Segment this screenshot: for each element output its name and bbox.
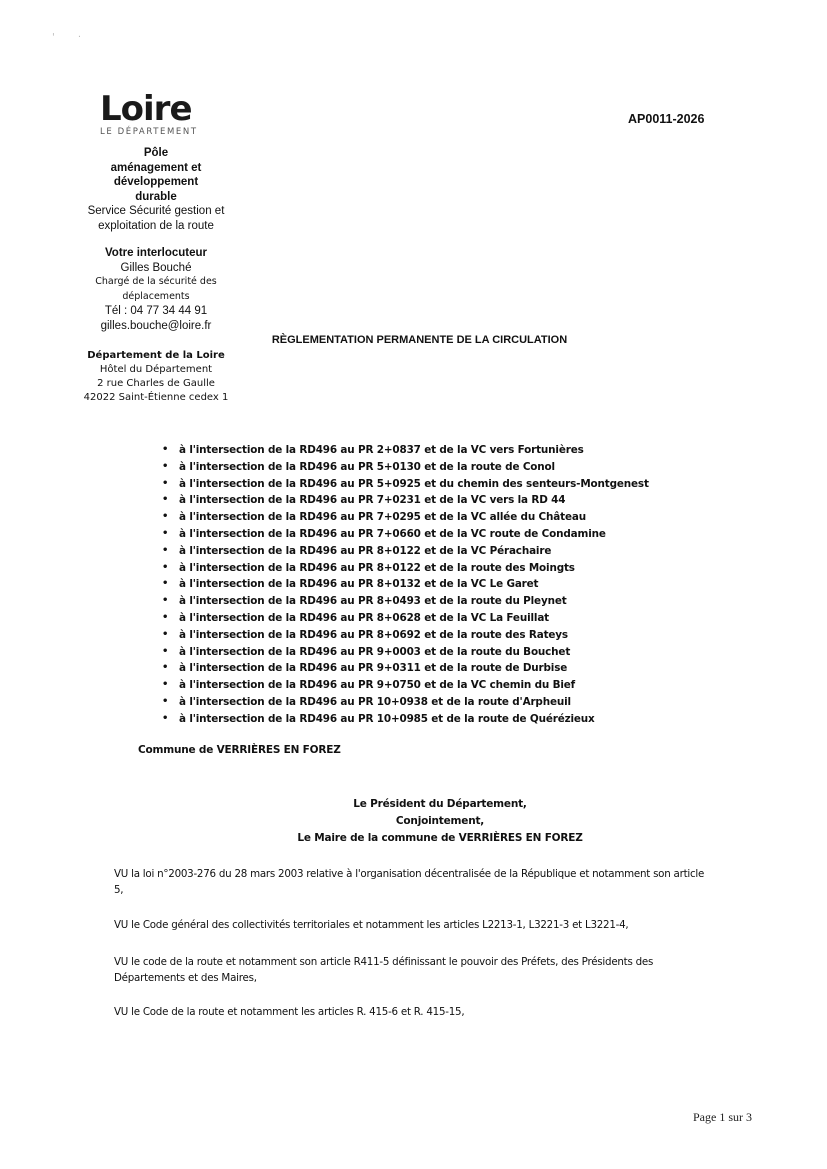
intersection-list: à l'intersection de la RD496 au PR 2+083…	[160, 442, 649, 728]
authority-line: Le Maire de la commune de VERRIÈRES EN F…	[250, 830, 630, 847]
consideration-paragraph: VU le code de la route et notamment son …	[114, 954, 714, 986]
consideration-paragraph: VU le Code général des collectivités ter…	[114, 917, 714, 933]
pole-line: aménagement et	[66, 161, 246, 176]
intersection-item: à l'intersection de la RD496 au PR 9+075…	[160, 677, 649, 694]
intersection-item: à l'intersection de la RD496 au PR 7+066…	[160, 526, 649, 543]
pole-line: Pôle	[66, 146, 246, 161]
contact-phone: Tél : 04 77 34 44 91	[66, 304, 246, 319]
authority-line: Conjointement,	[250, 813, 630, 830]
intersection-item: à l'intersection de la RD496 au PR 8+062…	[160, 610, 649, 627]
page-indicator: Page 1 sur 3	[693, 1110, 752, 1125]
contact-block: Votre interlocuteur Gilles Bouché Chargé…	[66, 246, 246, 333]
document-reference: AP0011-2026	[628, 112, 704, 126]
contact-role: déplacements	[66, 290, 246, 305]
pole-line: développement	[66, 175, 246, 190]
pole-line: durable	[66, 190, 246, 205]
authority-line: Le Président du Département,	[250, 796, 630, 813]
department-heading: Département de la Loire	[66, 349, 246, 363]
sender-service-block: Pôle aménagement et développement durabl…	[66, 146, 246, 233]
loire-logo: Loire LE DÉPARTEMENT	[100, 92, 215, 137]
intersection-item: à l'intersection de la RD496 au PR 8+013…	[160, 576, 649, 593]
scan-artifacts: ' ·	[52, 32, 91, 43]
contact-role: Chargé de la sécurité des	[66, 275, 246, 290]
document-page: ' · Loire LE DÉPARTEMENT AP0011-2026 Pôl…	[0, 0, 827, 1169]
service-line: Service Sécurité gestion et	[66, 204, 246, 219]
intersection-item: à l'intersection de la RD496 au PR 8+069…	[160, 627, 649, 644]
consideration-paragraph: VU le Code de la route et notamment les …	[114, 1004, 714, 1020]
authorities-block: Le Président du Département, Conjointeme…	[250, 796, 630, 847]
intersection-item: à l'intersection de la RD496 au PR 10+09…	[160, 711, 649, 728]
commune-heading: Commune de VERRIÈRES EN FOREZ	[138, 744, 341, 756]
logo-subtitle: LE DÉPARTEMENT	[100, 127, 215, 137]
document-title: RÈGLEMENTATION PERMANENTE DE LA CIRCULAT…	[0, 334, 827, 346]
intersection-item: à l'intersection de la RD496 au PR 7+029…	[160, 509, 649, 526]
service-line: exploitation de la route	[66, 219, 246, 234]
intersection-item: à l'intersection de la RD496 au PR 7+023…	[160, 492, 649, 509]
address-line: Hôtel du Département	[66, 363, 246, 377]
address-line: 42022 Saint-Étienne cedex 1	[66, 391, 246, 405]
contact-heading: Votre interlocuteur	[66, 246, 246, 261]
intersection-item: à l'intersection de la RD496 au PR 5+013…	[160, 459, 649, 476]
intersection-item: à l'intersection de la RD496 au PR 9+000…	[160, 644, 649, 661]
logo-wordmark: Loire	[100, 92, 215, 126]
address-line: 2 rue Charles de Gaulle	[66, 377, 246, 391]
intersection-item: à l'intersection de la RD496 au PR 8+012…	[160, 543, 649, 560]
intersection-item: à l'intersection de la RD496 au PR 2+083…	[160, 442, 649, 459]
intersection-item: à l'intersection de la RD496 au PR 9+031…	[160, 660, 649, 677]
intersection-item: à l'intersection de la RD496 au PR 10+09…	[160, 694, 649, 711]
intersection-item: à l'intersection de la RD496 au PR 8+049…	[160, 593, 649, 610]
contact-email[interactable]: gilles.bouche@loire.fr	[66, 319, 246, 334]
consideration-paragraph: VU la loi n°2003-276 du 28 mars 2003 rel…	[114, 866, 714, 898]
contact-name: Gilles Bouché	[66, 261, 246, 276]
intersection-item: à l'intersection de la RD496 au PR 5+092…	[160, 476, 649, 493]
intersection-item: à l'intersection de la RD496 au PR 8+012…	[160, 560, 649, 577]
department-address-block: Département de la Loire Hôtel du Départe…	[66, 349, 246, 405]
